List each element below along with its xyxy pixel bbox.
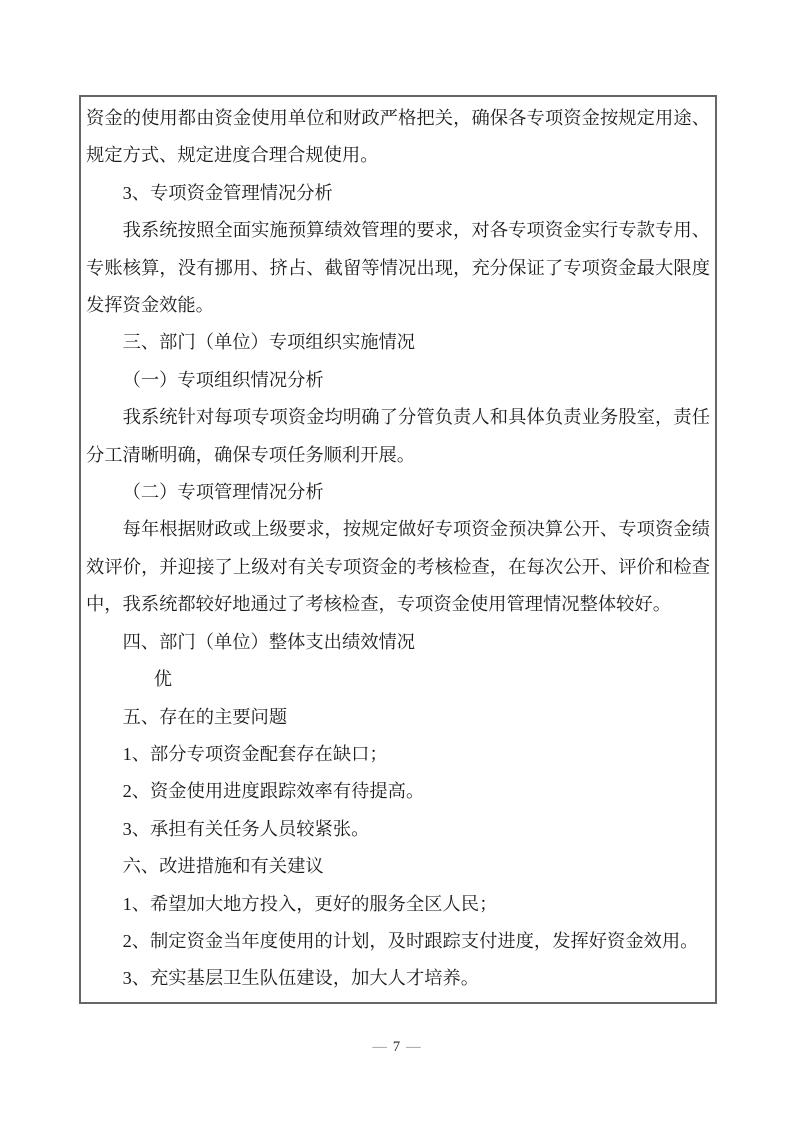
table-cell-border: 资金的使用都由资金使用单位和财政严格把关，确保各专项资金按规定用途、规定方式、规…: [79, 95, 717, 1004]
paragraph: 优: [86, 661, 710, 698]
paragraph: 3、专项资金管理情况分析: [86, 175, 710, 212]
paragraph: 我系统按照全面实施预算绩效管理的要求，对各专项资金实行专款专用、专账核算，没有挪…: [86, 212, 710, 324]
footer-dash-right: —: [400, 1039, 427, 1055]
paragraph: 六、改进措施和有关建议: [86, 848, 710, 885]
page-footer: —7—: [0, 1036, 793, 1058]
paragraph: 1、希望加大地方投入，更好的服务全区人民；: [86, 886, 710, 923]
paragraph: 五、存在的主要问题: [86, 699, 710, 736]
paragraph: （二）专项管理情况分析: [86, 474, 710, 511]
paragraph: 我系统针对每项专项资金均明确了分管负责人和具体负责业务股室，责任分工清晰明确，确…: [86, 399, 710, 474]
paragraph: 四、部门（单位）整体支出绩效情况: [86, 624, 710, 661]
paragraph: 3、承担有关任务人员较紧张。: [86, 811, 710, 848]
paragraph: 3、充实基层卫生队伍建设，加大人才培养。: [86, 960, 710, 997]
paragraph: 2、制定资金当年度使用的计划，及时跟踪支付进度，发挥好资金效用。: [86, 923, 710, 960]
paragraph: 资金的使用都由资金使用单位和财政严格把关，确保各专项资金按规定用途、规定方式、规…: [86, 100, 710, 175]
paragraph: 2、资金使用进度跟踪效率有待提高。: [86, 773, 710, 810]
paragraph: （一）专项组织情况分析: [86, 362, 710, 399]
document-body: 资金的使用都由资金使用单位和财政严格把关，确保各专项资金按规定用途、规定方式、规…: [86, 100, 710, 998]
footer-dash-left: —: [366, 1039, 393, 1055]
paragraph: 1、部分专项资金配套存在缺口；: [86, 736, 710, 773]
paragraph: 每年根据财政或上级要求，按规定做好专项资金预决算公开、专项资金绩效评价，并迎接了…: [86, 511, 710, 623]
paragraph: 三、部门（单位）专项组织实施情况: [86, 324, 710, 361]
document-page: 资金的使用都由资金使用单位和财政严格把关，确保各专项资金按规定用途、规定方式、规…: [0, 0, 793, 1122]
